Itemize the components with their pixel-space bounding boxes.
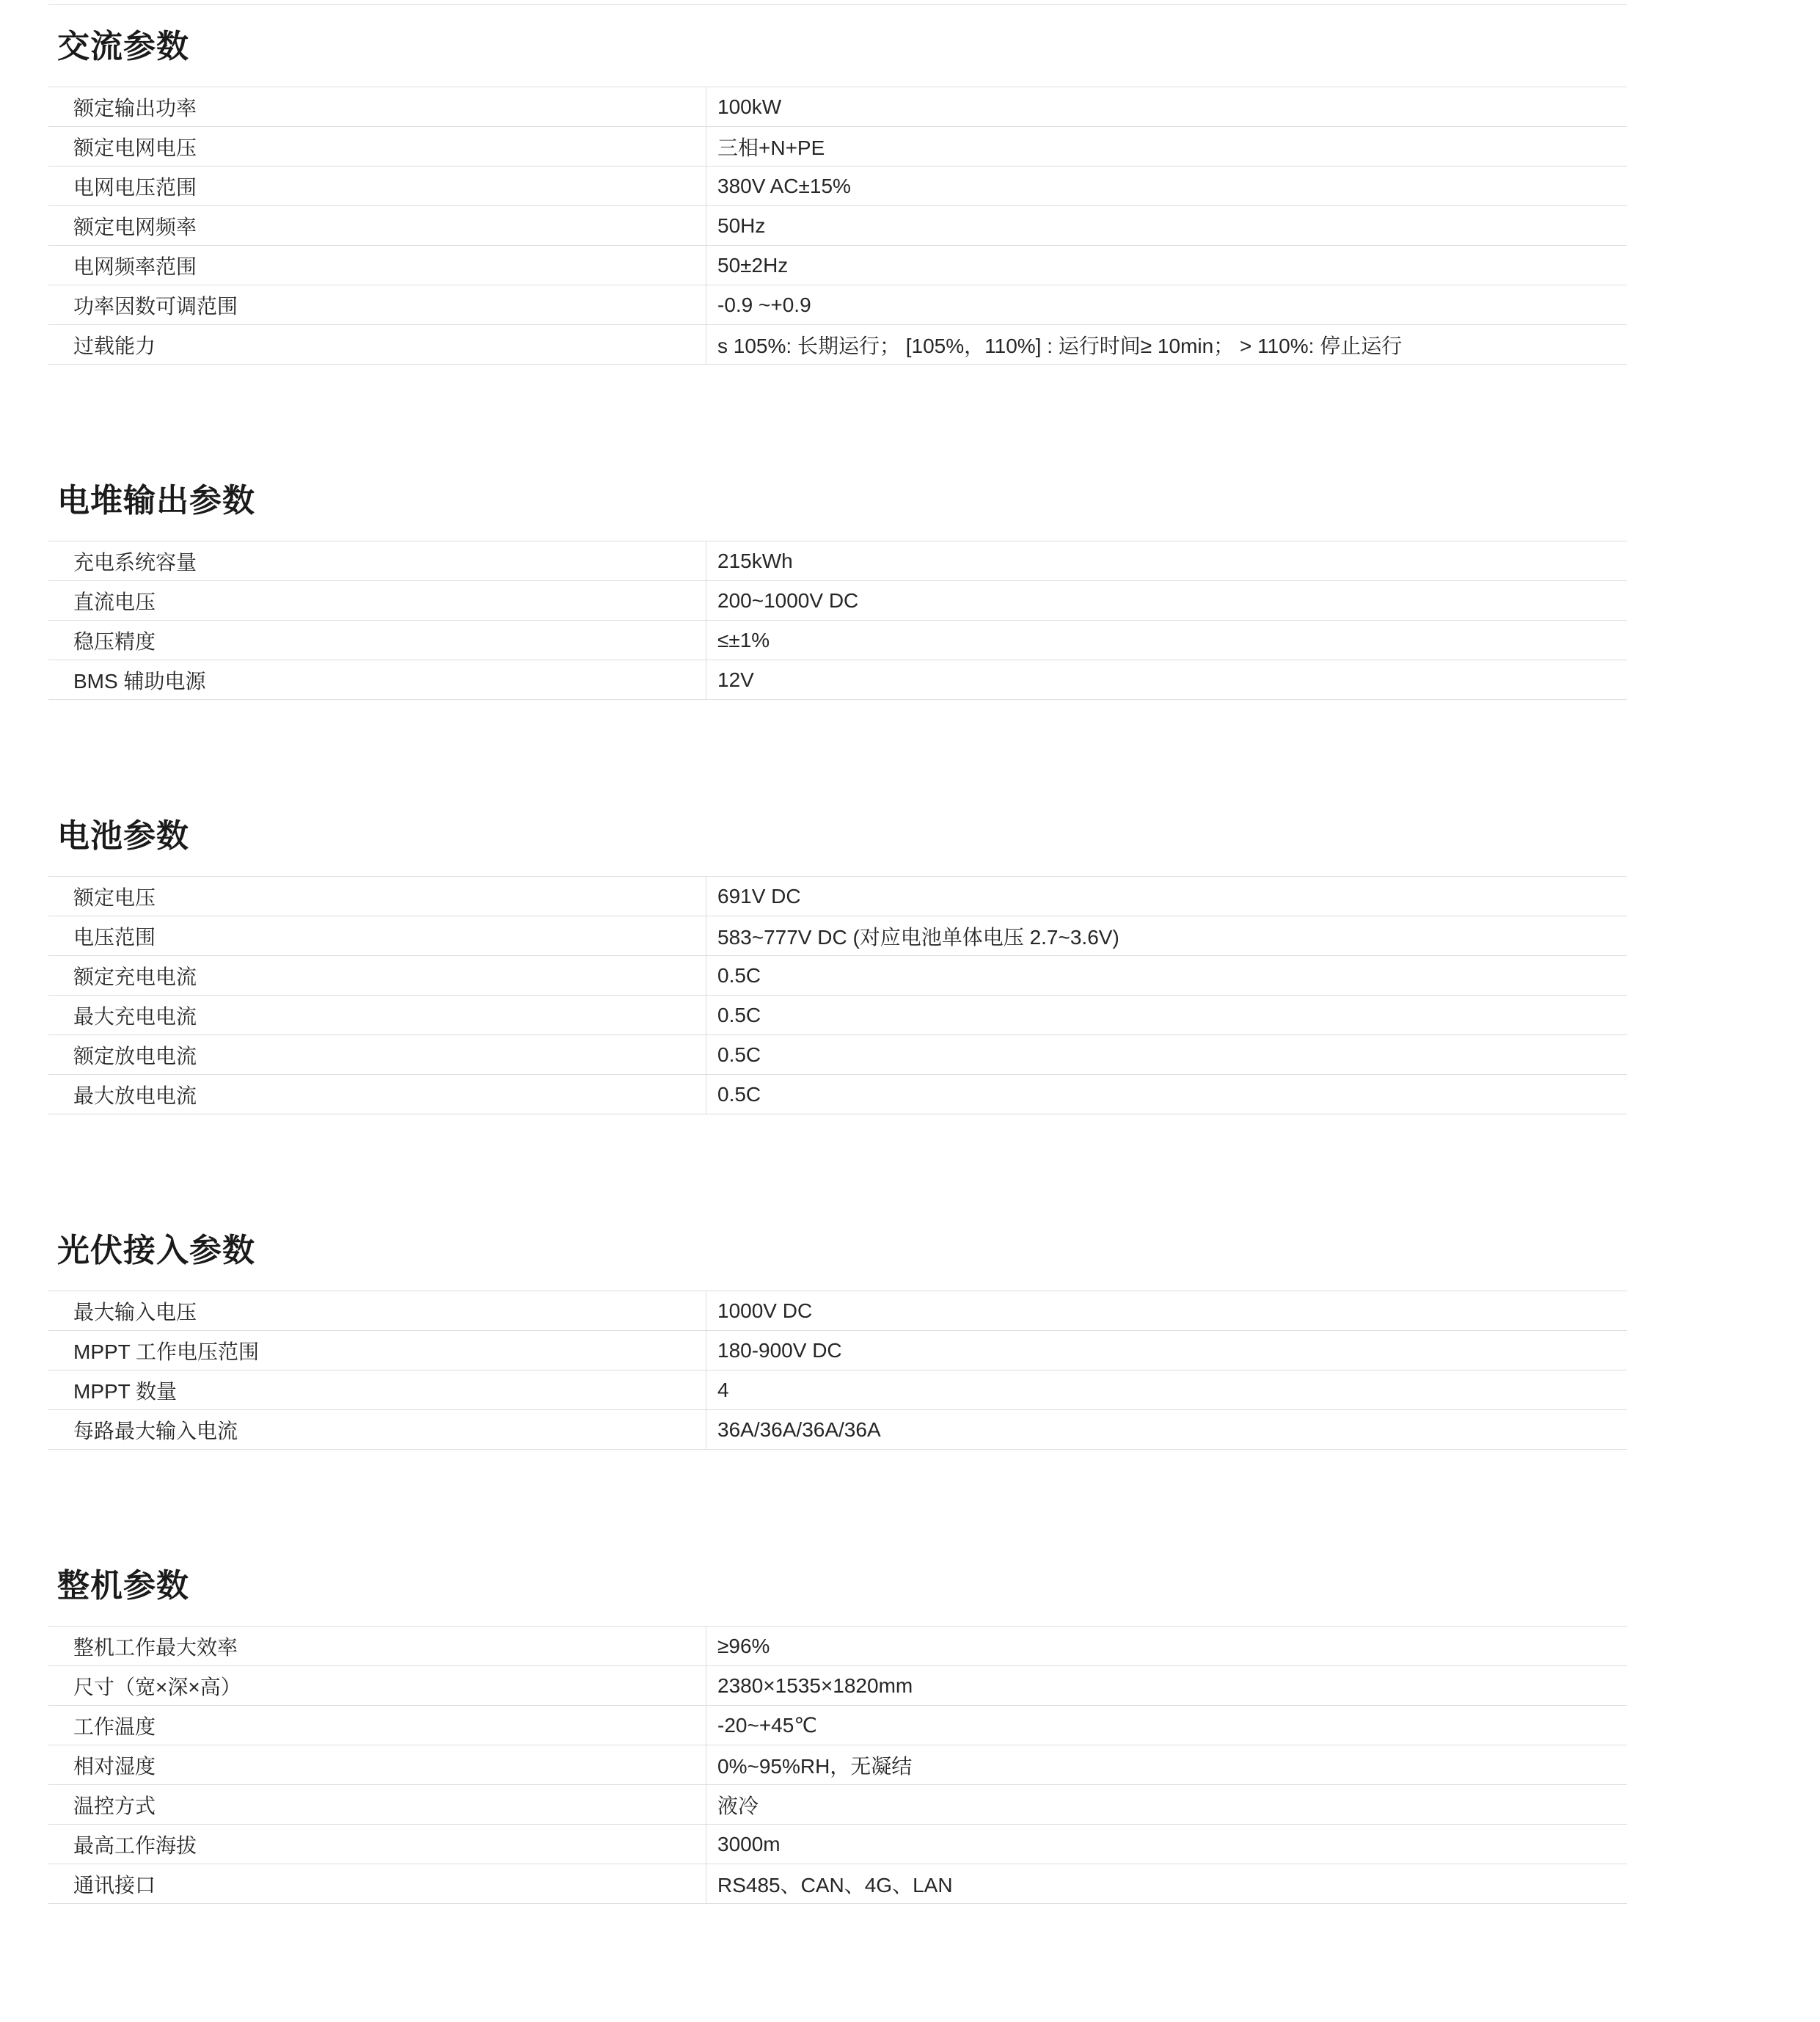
table-row: 相对湿度 0%~95%RH，无凝结 (48, 1745, 1627, 1785)
param-label: 最高工作海拔 (48, 1825, 706, 1864)
param-value: RS485、CAN、4G、LAN (706, 1864, 1627, 1903)
spec-table: 额定电压 691V DC 电压范围 583~777V DC (对应电池单体电压 … (48, 876, 1627, 1114)
param-label: 直流电压 (48, 581, 706, 620)
param-value: 0%~95%RH，无凝结 (706, 1745, 1627, 1784)
spec-table: 充电系统容量 215kWh 直流电压 200~1000V DC 稳压精度 ≤±1… (48, 541, 1627, 700)
param-value: 12V (706, 660, 1627, 699)
table-row: 最高工作海拔 3000m (48, 1825, 1627, 1864)
param-label: 过载能力 (48, 325, 706, 364)
param-label: MPPT 数量 (48, 1370, 706, 1409)
table-row: 额定电压 691V DC (48, 877, 1627, 916)
table-row: 额定电网电压 三相+N+PE (48, 127, 1627, 167)
param-value: 液冷 (706, 1785, 1627, 1824)
param-value: 4 (706, 1370, 1627, 1409)
spec-section: 光伏接入参数 最大输入电压 1000V DC MPPT 工作电压范围 180-9… (48, 1232, 1627, 1450)
page-top-divider (48, 4, 1627, 5)
param-label: 额定电压 (48, 877, 706, 916)
param-value: 0.5C (706, 1075, 1627, 1114)
table-row: 最大输入电压 1000V DC (48, 1291, 1627, 1331)
table-row: 功率因数可调范围 -0.9 ~+0.9 (48, 285, 1627, 325)
table-row: 过载能力 s 105%: 长期运行； [105%，110%] : 运行时间≥ 1… (48, 325, 1627, 365)
param-value: ≥96% (706, 1627, 1627, 1665)
section-title: 光伏接入参数 (57, 1232, 1627, 1270)
param-label: 最大充电电流 (48, 996, 706, 1034)
param-value: 215kWh (706, 541, 1627, 580)
table-row: MPPT 数量 4 (48, 1370, 1627, 1410)
param-value: 50±2Hz (706, 246, 1627, 285)
param-value: -0.9 ~+0.9 (706, 285, 1627, 324)
spec-table: 整机工作最大效率 ≥96% 尺寸（宽×深×高） 2380×1535×1820mm… (48, 1626, 1627, 1904)
param-value: 2380×1535×1820mm (706, 1666, 1627, 1705)
table-row: 电网电压范围 380V AC±15% (48, 167, 1627, 206)
table-row: 尺寸（宽×深×高） 2380×1535×1820mm (48, 1666, 1627, 1706)
param-label: 通讯接口 (48, 1864, 706, 1903)
param-label: 充电系统容量 (48, 541, 706, 580)
param-value: 36A/36A/36A/36A (706, 1410, 1627, 1449)
param-value: 50Hz (706, 206, 1627, 245)
param-label: 电压范围 (48, 916, 706, 955)
table-row: MPPT 工作电压范围 180-900V DC (48, 1331, 1627, 1370)
param-value: -20~+45℃ (706, 1706, 1627, 1745)
param-value: 三相+N+PE (706, 127, 1627, 166)
param-value: 691V DC (706, 877, 1627, 916)
param-label: 相对湿度 (48, 1745, 706, 1784)
param-label: MPPT 工作电压范围 (48, 1331, 706, 1370)
param-value: 180-900V DC (706, 1331, 1627, 1370)
section-title: 电堆输出参数 (57, 482, 1627, 520)
param-label: 额定输出功率 (48, 87, 706, 126)
table-row: 稳压精度 ≤±1% (48, 621, 1627, 660)
table-row: BMS 辅助电源 12V (48, 660, 1627, 700)
table-row: 额定充电电流 0.5C (48, 956, 1627, 996)
param-value: 3000m (706, 1825, 1627, 1864)
table-row: 额定输出功率 100kW (48, 87, 1627, 127)
param-label: 电网频率范围 (48, 246, 706, 285)
table-row: 工作温度 -20~+45℃ (48, 1706, 1627, 1745)
param-label: 额定电网频率 (48, 206, 706, 245)
param-value: 0.5C (706, 1035, 1627, 1074)
spec-section: 电池参数 额定电压 691V DC 电压范围 583~777V DC (对应电池… (48, 817, 1627, 1114)
param-label: BMS 辅助电源 (48, 660, 706, 699)
spec-table: 额定输出功率 100kW 额定电网电压 三相+N+PE 电网电压范围 380V … (48, 87, 1627, 365)
spec-section: 电堆输出参数 充电系统容量 215kWh 直流电压 200~1000V DC 稳… (48, 482, 1627, 700)
sections-container: 交流参数 额定输出功率 100kW 额定电网电压 三相+N+PE 电网电压范围 … (48, 28, 1627, 1904)
table-row: 最大充电电流 0.5C (48, 996, 1627, 1035)
param-value: 100kW (706, 87, 1627, 126)
param-label: 整机工作最大效率 (48, 1627, 706, 1665)
param-label: 额定电网电压 (48, 127, 706, 166)
param-label: 最大输入电压 (48, 1291, 706, 1330)
param-label: 温控方式 (48, 1785, 706, 1824)
param-value: 0.5C (706, 956, 1627, 995)
param-label: 电网电压范围 (48, 167, 706, 205)
param-label: 最大放电电流 (48, 1075, 706, 1114)
table-row: 电压范围 583~777V DC (对应电池单体电压 2.7~3.6V) (48, 916, 1627, 956)
table-row: 最大放电电流 0.5C (48, 1075, 1627, 1114)
param-label: 功率因数可调范围 (48, 285, 706, 324)
table-row: 温控方式 液冷 (48, 1785, 1627, 1825)
param-value: 380V AC±15% (706, 167, 1627, 205)
spec-section: 交流参数 额定输出功率 100kW 额定电网电压 三相+N+PE 电网电压范围 … (48, 28, 1627, 365)
table-row: 直流电压 200~1000V DC (48, 581, 1627, 621)
table-row: 通讯接口 RS485、CAN、4G、LAN (48, 1864, 1627, 1904)
param-label: 额定充电电流 (48, 956, 706, 995)
param-label: 尺寸（宽×深×高） (48, 1666, 706, 1705)
section-title: 整机参数 (57, 1567, 1627, 1605)
param-value: 583~777V DC (对应电池单体电压 2.7~3.6V) (706, 916, 1627, 955)
table-row: 每路最大输入电流 36A/36A/36A/36A (48, 1410, 1627, 1450)
table-row: 电网频率范围 50±2Hz (48, 246, 1627, 285)
table-row: 整机工作最大效率 ≥96% (48, 1627, 1627, 1666)
param-value: 200~1000V DC (706, 581, 1627, 620)
spec-section: 整机参数 整机工作最大效率 ≥96% 尺寸（宽×深×高） 2380×1535×1… (48, 1567, 1627, 1904)
param-value: 0.5C (706, 996, 1627, 1034)
section-title: 电池参数 (57, 817, 1627, 855)
param-value: s 105%: 长期运行； [105%，110%] : 运行时间≥ 10min；… (706, 325, 1627, 364)
table-row: 额定电网频率 50Hz (48, 206, 1627, 246)
param-label: 稳压精度 (48, 621, 706, 660)
table-row: 额定放电电流 0.5C (48, 1035, 1627, 1075)
param-value: 1000V DC (706, 1291, 1627, 1330)
param-label: 每路最大输入电流 (48, 1410, 706, 1449)
section-title: 交流参数 (57, 28, 1627, 66)
table-row: 充电系统容量 215kWh (48, 541, 1627, 581)
spec-table: 最大输入电压 1000V DC MPPT 工作电压范围 180-900V DC … (48, 1291, 1627, 1450)
spec-sheet-content: 交流参数 额定输出功率 100kW 额定电网电压 三相+N+PE 电网电压范围 … (48, 4, 1627, 1904)
param-label: 额定放电电流 (48, 1035, 706, 1074)
param-value: ≤±1% (706, 621, 1627, 660)
spec-sheet-page: 交流参数 额定输出功率 100kW 额定电网电压 三相+N+PE 电网电压范围 … (0, 0, 1820, 2022)
param-label: 工作温度 (48, 1706, 706, 1745)
